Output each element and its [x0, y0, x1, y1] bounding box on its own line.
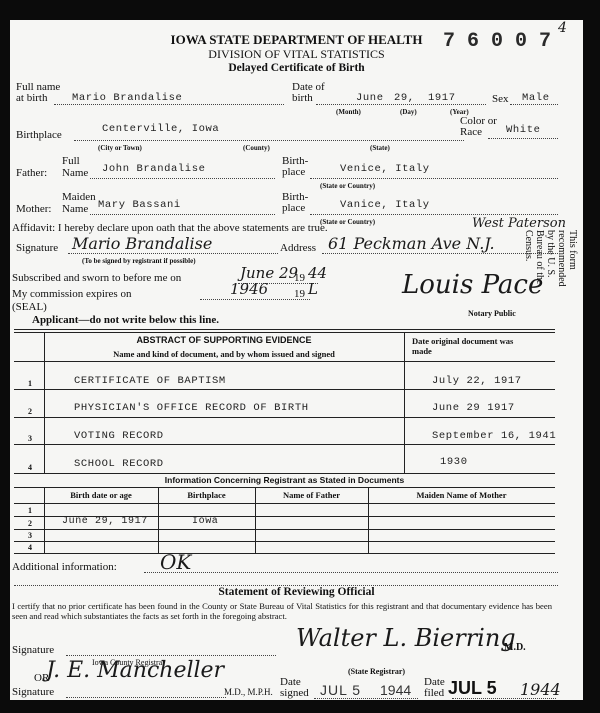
date-signed-year[interactable]: 1944 [380, 682, 411, 698]
evidence-row-divider [14, 444, 555, 445]
evidence-date-divider [404, 332, 405, 474]
evidence-col-date: Date original document was made [412, 336, 522, 356]
evidence-bottom-border [14, 473, 555, 474]
info-title: Information Concerning Registrant as Sta… [14, 475, 555, 485]
evidence-row-date[interactable]: July 22, 1917 [432, 375, 522, 387]
info-col-mother: Maiden Name of Mother [368, 490, 555, 500]
info-col-birthplace: Birthplace [158, 490, 255, 500]
evidence-top-border-2 [14, 332, 555, 333]
sworn-year-prefix: 19 [294, 273, 305, 284]
evidence-top-border [14, 329, 555, 330]
sex-line [510, 104, 558, 105]
mother-birthplace-hint: (State or Country) [320, 218, 375, 226]
corner-mark: 4 [558, 20, 567, 36]
evidence-row-document[interactable]: CERTIFICATE OF BAPTISM [74, 375, 226, 387]
full-name-label-2: at birth [16, 92, 47, 104]
mother-maiden-label: Maiden [62, 192, 96, 203]
dob-label-2: birth [292, 92, 313, 104]
evidence-row-num: 1 [28, 379, 32, 388]
signature-line [68, 253, 278, 254]
evidence-row-divider [14, 389, 555, 390]
mother-birthplace-line [310, 214, 558, 215]
affidavit-text: Affidavit: I hereby declare upon oath th… [12, 223, 328, 234]
evidence-row-num: 2 [28, 407, 32, 416]
dob-day[interactable]: 29, [394, 92, 415, 104]
additional-value[interactable]: OK [160, 550, 191, 574]
sex-value[interactable]: Male [522, 92, 550, 104]
date-signed-line [314, 698, 418, 699]
date-filed-year[interactable]: 1944 [520, 680, 561, 699]
signature-hint: (To be signed by registrant if possible) [82, 257, 196, 265]
city-hint: (City or Town) [98, 144, 142, 152]
dob-label: Date ofbirth [292, 82, 325, 104]
address-label: Address [280, 243, 316, 254]
evidence-row-date[interactable]: 1930 [440, 456, 468, 468]
certificate-document: IOWA STATE DEPARTMENT OF HEALTH DIVISION… [10, 20, 583, 700]
father-name-label: Name [62, 168, 88, 179]
county-signature-line [66, 655, 276, 656]
evidence-row-document[interactable]: VOTING RECORD [74, 430, 164, 442]
info-title-bottom [14, 487, 555, 488]
review-title: Statement of Reviewing Official [10, 586, 583, 598]
stamp-mark: SIMS [12, 699, 29, 700]
mother-birthplace-label: Birth-place [282, 192, 308, 214]
full-name-line [54, 104, 284, 105]
commission-value[interactable]: 1946 [230, 280, 268, 298]
date-filed-label: Datefiled [424, 677, 445, 699]
evidence-row-date[interactable]: September 16, 1941 [432, 430, 556, 442]
evidence-col-document: Name and kind of document, and by whom i… [44, 349, 404, 359]
month-hint: (Month) [336, 108, 361, 116]
margin-note: This form recommended by the U. S. Burea… [523, 230, 578, 287]
director-label: (Director Division of Vital Statistics) [50, 699, 174, 700]
evidence-row-divider [14, 417, 555, 418]
commission-label: My commission expires on [12, 289, 131, 300]
date-signed-value[interactable]: JUL 5 [320, 682, 361, 698]
info-row-num: 3 [28, 531, 32, 540]
evidence-row-num: 3 [28, 434, 32, 443]
date-signed-label: Datesigned [280, 677, 309, 699]
info-row-num: 1 [28, 506, 32, 515]
evidence-row-document[interactable]: SCHOOL RECORD [74, 458, 164, 470]
father-birthplace-label: Birth-place [282, 156, 308, 178]
dob-line [316, 104, 486, 105]
date-filed-value[interactable]: JUL 5 [448, 678, 497, 699]
director-signature-line [66, 697, 226, 698]
address-extra[interactable]: West Paterson [472, 216, 566, 231]
dob-year[interactable]: 1917 [428, 92, 456, 104]
signature-label: Signature [16, 243, 58, 254]
race-value[interactable]: White [506, 124, 541, 136]
evidence-row-document[interactable]: PHYSICIAN'S OFFICE RECORD OF BIRTH [74, 402, 309, 414]
additional-label: Additional information: [12, 562, 117, 573]
race-line [488, 138, 558, 139]
info-col-birth-date: Birth date or age [44, 490, 158, 500]
father-full-label: Full [62, 156, 80, 167]
mother-name-line [90, 214, 275, 215]
mother-name-value[interactable]: Mary Bassani [98, 199, 181, 211]
county-signature-label: Signature [12, 645, 54, 656]
seal-label: (SEAL) [12, 302, 47, 313]
mother-name-label: Name [62, 204, 88, 215]
notary-label: Notary Public [468, 309, 516, 318]
md-label: M.D. [504, 642, 526, 653]
registrant-signature[interactable]: Mario Brandalise [72, 234, 212, 253]
info-row-num: 2 [28, 519, 32, 528]
state-hint: (State) [370, 144, 390, 152]
sworn-label: Subscribed and sworn to before me on [12, 273, 181, 284]
state-registrar-signature[interactable]: Walter L. Bierring [296, 624, 516, 652]
race-label-2: Race [460, 126, 482, 138]
date-filed-label-2: filed [424, 687, 444, 699]
father-name-line [90, 178, 275, 179]
birthplace-value[interactable]: Centerville, Iowa [102, 123, 219, 135]
evidence-row-num: 4 [28, 463, 32, 472]
mother-birthplace-value[interactable]: Vanice, Italy [340, 199, 430, 211]
race-label: Color orRace [460, 116, 497, 138]
commission-year[interactable]: L [308, 280, 318, 298]
info-row-birth-date[interactable]: June 29, 1917 [62, 516, 148, 527]
info-bottom-border [14, 553, 555, 554]
birthplace-label: Birthplace [16, 130, 62, 141]
evidence-row-date[interactable]: June 29 1917 [432, 402, 515, 414]
day-hint: (Day) [400, 108, 417, 116]
sex-label: Sex [492, 94, 509, 105]
father-name-value[interactable]: John Brandalise [102, 163, 206, 175]
birthplace-line [74, 140, 464, 141]
father-birthplace-value[interactable]: Venice, Italy [340, 163, 430, 175]
additional-line-1 [144, 572, 558, 573]
father-birthplace-line [310, 178, 558, 179]
evidence-header-bottom [14, 361, 555, 362]
info-row-divider [14, 541, 555, 542]
info-row-birthplace[interactable]: Iowa [192, 516, 218, 527]
mother-birthplace-label-2: place [282, 202, 305, 214]
director-signature-label: Signature [12, 687, 54, 698]
info-row-divider [14, 529, 555, 530]
dob-month[interactable]: June [356, 92, 384, 104]
applicant-note: Applicant—do not write below this line. [32, 314, 219, 326]
commission-year-prefix: 19 [294, 289, 305, 300]
full-name-value[interactable]: Mario Brandalise [72, 92, 182, 104]
director-credentials: M.D., M.P.H. [224, 687, 273, 697]
father-label: Father: [16, 168, 47, 179]
director-signature[interactable]: J. E. Mancheller [46, 658, 224, 683]
info-col-father: Name of Father [255, 490, 368, 500]
county-hint: (County) [243, 144, 270, 152]
full-name-label: Full nameat birth [16, 82, 60, 104]
state-registrar-label: (State Registrar) [348, 667, 405, 676]
father-birthplace-hint: (State or Country) [320, 182, 375, 190]
info-row-num: 4 [28, 543, 32, 552]
info-header-bottom [14, 503, 555, 504]
certificate-title: Delayed Certificate of Birth [10, 62, 583, 74]
father-birthplace-label-2: place [282, 166, 305, 178]
date-signed-label-2: signed [280, 687, 309, 699]
certificate-number: 76007 [443, 30, 563, 53]
review-text: I certify that no prior certificate has … [12, 601, 552, 621]
address-value[interactable]: 61 Peckman Ave N.J. [328, 234, 495, 253]
mother-label: Mother: [16, 204, 51, 215]
evidence-title: ABSTRACT OF SUPPORTING EVIDENCE [44, 335, 404, 345]
